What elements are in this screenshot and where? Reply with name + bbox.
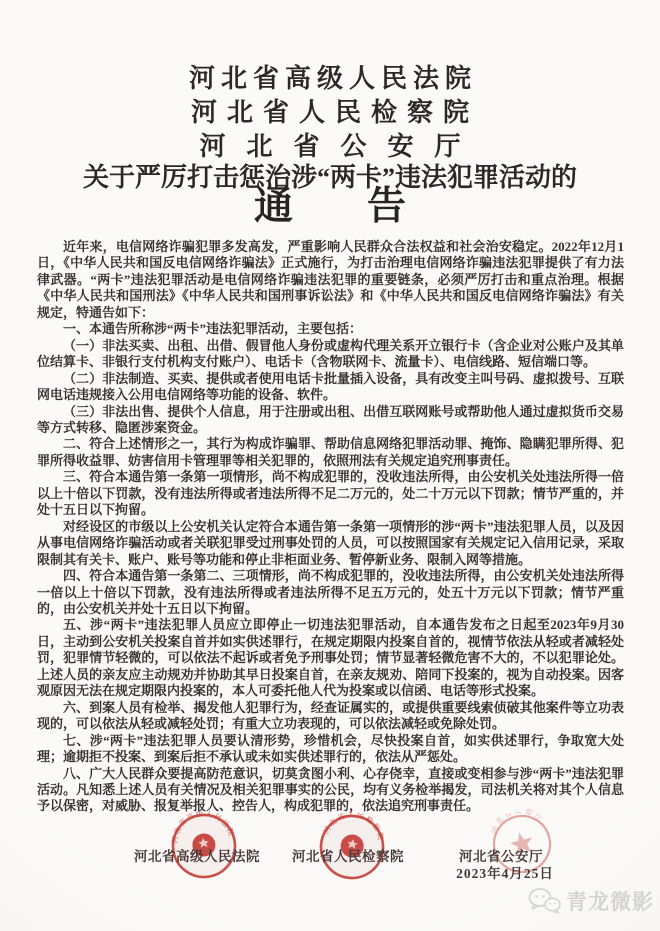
notice-title: 通 告 [0,186,660,229]
notice-title-char-1: 通 [254,186,293,229]
notice-body: 近年来，电信网络诈骗犯罪多发高发，严重影响人民群众合法权益和社会治安稳定。202… [37,239,624,814]
signature-name-court: 河北省高级人民法院 [134,845,260,865]
notice-paragraph: 七、涉“两卡”违法犯罪人员要认清形势，珍惜机会，尽快投案自首，如实供述罪行，争取… [37,733,624,766]
notice-paragraph: 对经设区的市级以上公安机关认定符合本通告第一条第一项情形的涉“两卡”违法犯罪人员… [37,519,624,568]
notice-paragraph: 二、符合上述情形之一，其行为构成诈骗罪、帮助信息网络犯罪活动罪、掩饰、隐瞒犯罪所… [37,436,624,469]
notice-paragraph: （一）非法买卖、出租、出借、假冒他人身份或虚构代理关系开立银行卡（含企业对公账户… [37,338,624,371]
signature-date: 2023年4月25日 [456,862,554,882]
notice-paragraph: 六、到案人员有检举、揭发他人犯罪行为，经查证属实的，或提供重要线索侦破其他案件等… [37,700,624,733]
notice-paragraph: 一、本通告所称涉“两卡”违法犯罪活动，主要包括： [37,321,624,337]
notice-paragraph: （三）非法出售、提供个人信息，用于注册或出租、出借互联网账号或帮助他人通过虚拟货… [37,404,624,437]
signature-name-procuratorate: 河北省人民检察院 [292,845,404,865]
notice-document-page: 河北省高级人民法院 河北省人民检察院 河北省公安厅 关于严厉打击惩治涉“两卡”违… [0,0,660,931]
wechat-chat-bubbles-icon [528,887,561,915]
notice-paragraph: 五、涉“两卡”违法犯罪人员应立即停止一切违法犯罪活动，自本通告发布之日起至202… [37,617,624,699]
issuer-line-procuratorate: 河北省人民检察院 [0,92,660,129]
notice-paragraph: （二）非法制造、买卖、提供或者使用电话卡批量插入设备，具有改变主叫号码、虚拟拨号… [37,371,624,404]
watermark-text: 青龙微影 [566,886,654,916]
notice-paragraph: 三、符合本通告第一条第一项情形，尚不构成犯罪的，没收违法所得，由公安机关处违法所… [37,469,624,518]
notice-paragraph: 四、符合本通告第一条第二、三项情形，尚不构成犯罪的，没收违法所得，由公安机关处违… [37,568,624,617]
issuer-line-court: 河北省高级人民法院 [0,58,660,95]
notice-title-char-2: 告 [367,186,406,229]
watermark: 青龙微影 [528,886,654,916]
notice-paragraph: 近年来，电信网络诈骗犯罪多发高发，严重影响人民群众合法权益和社会治安稳定。202… [37,239,624,321]
